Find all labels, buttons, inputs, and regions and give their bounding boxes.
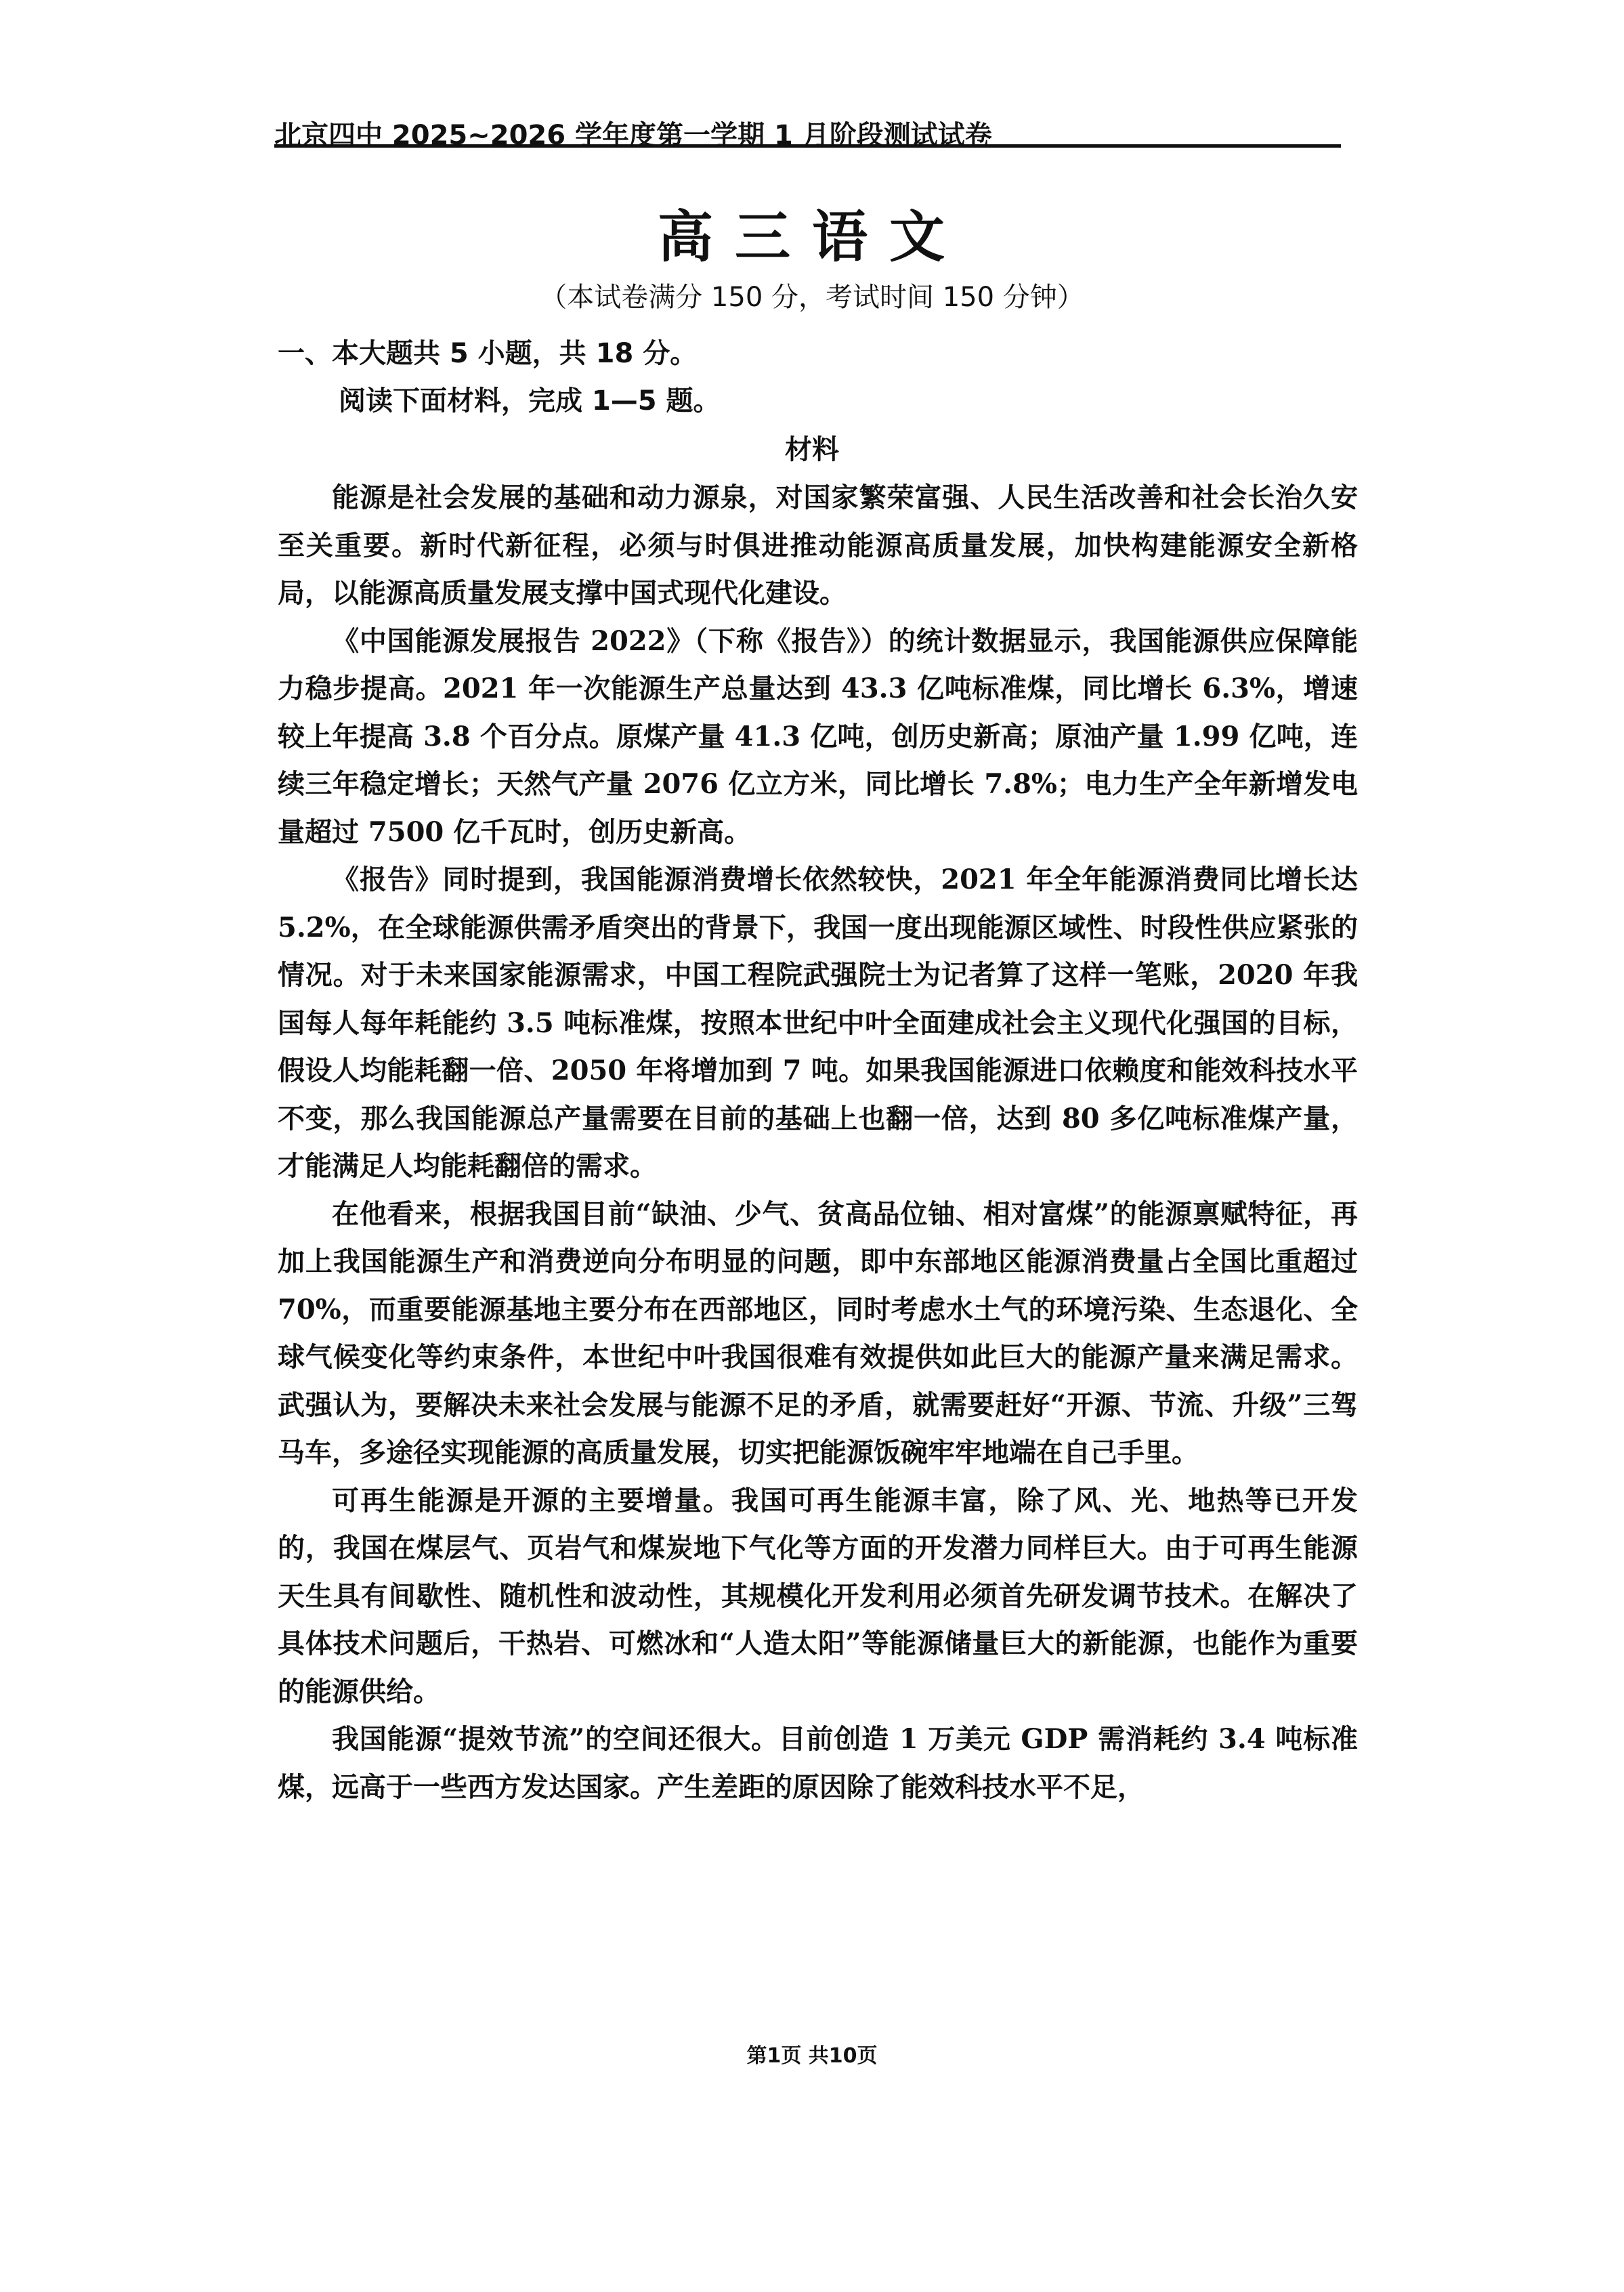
page-title: 高三语文: [0, 193, 1624, 272]
section-instruction: 阅读下面材料，完成 1—5 题。: [339, 379, 721, 418]
paragraph: 在他看来，根据我国目前“缺油、少气、贫高品位铀、相对富煤”的能源禀赋特征，再加上…: [278, 1191, 1358, 1477]
page-number: 第1页 共10页: [0, 2039, 1624, 2068]
paragraph: 《报告》同时提到，我国能源消费增长依然较快，2021 年全年能源消费同比增长达 …: [278, 856, 1358, 1191]
header-divider: [274, 144, 1341, 148]
material-body: 能源是社会发展的基础和动力源泉，对国家繁荣富强、人民生活改善和社会长治久安至关重…: [278, 474, 1358, 1811]
exam-info: （本试卷满分 150 分，考试时间 150 分钟）: [0, 276, 1624, 314]
section-heading: 一、本大题共 5 小题，共 18 分。: [278, 332, 697, 370]
paragraph: 我国能源“提效节流”的空间还很大。目前创造 1 万美元 GDP 需消耗约 3.4…: [278, 1716, 1358, 1811]
paragraph: 《中国能源发展报告 2022》（下称《报告》）的统计数据显示，我国能源供应保障能…: [278, 618, 1358, 857]
paragraph: 能源是社会发展的基础和动力源泉，对国家繁荣富强、人民生活改善和社会长治久安至关重…: [278, 474, 1358, 618]
material-title: 材料: [0, 428, 1624, 467]
paragraph: 可再生能源是开源的主要增量。我国可再生能源丰富，除了风、光、地热等已开发的，我国…: [278, 1477, 1358, 1716]
